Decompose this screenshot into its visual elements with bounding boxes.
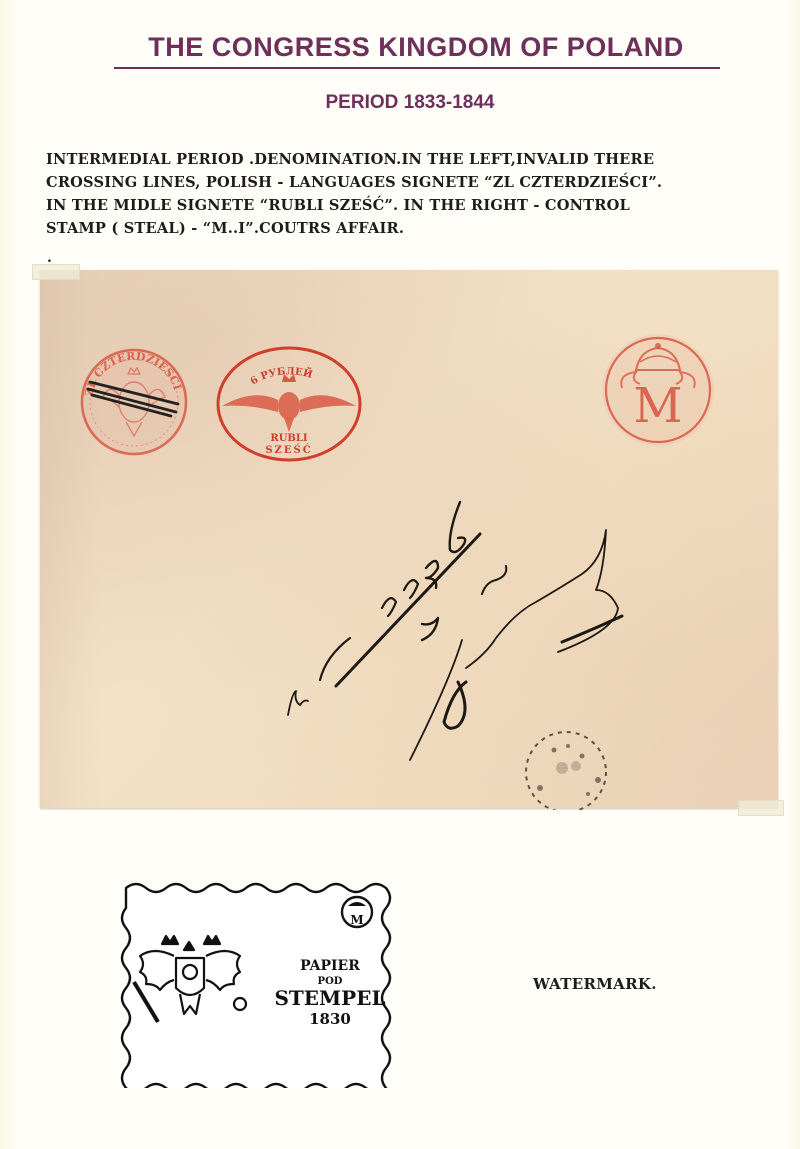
title-underline: [114, 67, 720, 69]
middle-signet-bottom-text: SZEŚĆ: [265, 444, 312, 456]
watermark-label: WATERMARK.: [533, 975, 657, 993]
svg-text:6 РУБЛЕЙ: 6 РУБЛЕЙ: [249, 366, 314, 388]
hinge-tape: [32, 264, 80, 280]
watermark-text: PAPIER: [300, 958, 360, 974]
page-edge: [0, 0, 18, 1149]
left-signet-stamp: ZL CZTERDZIEŚCI: [76, 340, 192, 460]
control-stamp-monogram: M: [633, 378, 682, 434]
description-line: IN THE MIDLE SIGNETE “RUBLI SZEŚĆ”. IN T…: [46, 194, 786, 217]
middle-signet-stamp: 6 РУБЛЕЙ RUBLI SZEŚĆ: [214, 344, 364, 464]
middle-signet-bottom-text: RUBLI: [270, 433, 308, 444]
description-line: INTERMEDIAL PERIOD .DENOMINATION.IN THE …: [46, 148, 786, 171]
description-line: STAMP ( STEAL) - “M..I”.COUTRS AFFAIR.: [46, 217, 786, 240]
watermark-illustration: M PAPIER POD STEMPEL 1830: [112, 878, 402, 1092]
page-subtitle: PERIOD 1833-1844: [200, 92, 620, 114]
watermark-monogram: M: [350, 913, 363, 927]
page-title: THE CONGRESS KINGDOM OF POLAND: [112, 32, 720, 63]
control-stamp: M: [600, 332, 716, 448]
page-edge: [786, 0, 800, 1149]
watermark-text: 1830: [309, 1010, 351, 1028]
description-line: CROSSING LINES, POLISH - LANGUAGES SIGNE…: [46, 171, 786, 194]
hinge-tape: [738, 800, 784, 816]
description: INTERMEDIAL PERIOD .DENOMINATION.IN THE …: [46, 148, 786, 240]
middle-signet-top-text: 6 РУБЛЕЙ: [249, 366, 314, 388]
handwritten-address: Biernacki: [270, 490, 670, 784]
watermark-text: STEMPEL: [274, 986, 385, 1010]
